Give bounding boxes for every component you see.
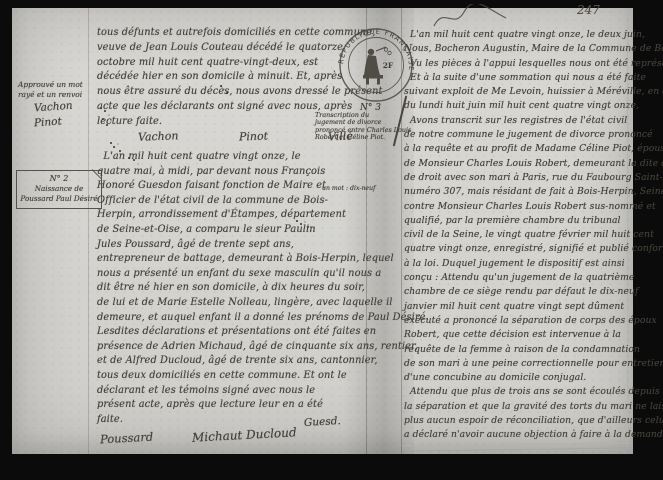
handwritten-line: Honoré Guesdon faisant fonction de Maire… <box>97 179 365 194</box>
handwritten-line: Vu les pièces à l'appui lesquelles nous … <box>404 57 634 71</box>
margin-note-line: Approuvé un mot <box>18 80 102 90</box>
handwritten-line: présent acte, après que lecture leur en … <box>97 398 365 413</box>
scanned-register-spread: Approuvé un motrayé et un renvoi VachonP… <box>0 0 663 480</box>
handwritten-line: du lundi huit juin mil huit cent quatre … <box>404 99 634 113</box>
signature: Poussard <box>100 430 154 447</box>
ink-blot <box>296 220 298 222</box>
act-title-line: Poussard Paul Désiré <box>19 194 99 204</box>
signature: Pinot <box>239 129 268 143</box>
handwritten-line: déclarant et les témoins signé avec nous… <box>97 384 365 399</box>
handwritten-line: conçu : Attendu qu'un jugement de la qua… <box>404 271 634 285</box>
handwritten-line: demeure, et auquel enfant il a donné les… <box>97 311 365 326</box>
stamp-denomination: 2F <box>383 61 394 70</box>
handwritten-line: de lui et de Marie Estelle Nolleau, ling… <box>97 296 365 311</box>
handwritten-line: Officier de l'état civil de la commune d… <box>97 194 365 209</box>
signature: Vachon <box>138 129 179 143</box>
handwritten-line: requête de la femme à raison de la conda… <box>404 343 634 357</box>
handwritten-line: de Seine-et-Oise, a comparu le sieur Pau… <box>97 223 365 238</box>
handwritten-line: L'an mil huit cent quatre vingt onze, le <box>97 150 365 165</box>
page-number: 247 <box>577 3 600 17</box>
handwritten-line: à la loi. Duquel jugement le dispositif … <box>404 257 634 271</box>
handwritten-line: suivant exploit de Me Levoin, huissier à… <box>404 85 634 99</box>
handwritten-line: et de Alfred Ducloud, âgé de trente six … <box>97 354 365 369</box>
handwritten-line: numéro 307, mais résidant de fait à Bois… <box>404 185 634 199</box>
handwritten-line: Et à la suite d'une sommation qui nous a… <box>404 71 634 85</box>
ink-blot <box>100 107 102 109</box>
handwritten-line: octobre mil huit cent quatre-vingt-deux,… <box>97 56 365 71</box>
handwritten-line: Herpin, arrondissement d'Étampes, départ… <box>97 208 365 223</box>
handwritten-line: entrepreneur de battage, demeurant à Boi… <box>97 252 365 267</box>
margin-note-approval: Approuvé un motrayé et un renvoi VachonP… <box>18 80 102 129</box>
handwritten-line: Robert, que cette décision est intervenu… <box>404 328 634 342</box>
divorce-transcription-text: L'an mil huit cent quatre vingt onze, le… <box>404 28 634 443</box>
handwritten-line: quatre mai, à midi, par devant nous Fran… <box>97 165 365 180</box>
handwritten-line: Attendu que plus de trois ans se sont éc… <box>404 385 634 399</box>
margin-note-line: Robert et Céline Piot. <box>315 134 403 141</box>
handwritten-line: civil de la Seine, le vingt quatre févri… <box>404 228 634 242</box>
handwritten-line: tous deux domiciliés en cette commune. E… <box>97 369 365 384</box>
handwritten-line: Lesdites déclarations et présentations o… <box>97 325 365 340</box>
handwritten-line: contre Monsieur Charles Louis Robert sus… <box>404 200 634 214</box>
act-number: N° 2 <box>19 174 99 184</box>
ink-blot <box>110 142 112 144</box>
handwritten-line: la séparation et que la gravité des tort… <box>404 400 634 414</box>
handwritten-line: L'an mil huit cent quatre vingt onze, le… <box>404 28 634 42</box>
handwritten-line: présence de Adrien Michaud, âgé de cinqu… <box>97 340 365 355</box>
handwritten-line: de son mari à une peine correctionnelle … <box>404 357 634 371</box>
handwritten-line: plus aucun espoir de réconciliation, que… <box>404 414 634 428</box>
handwritten-line: nous a présenté un enfant du sexe mascul… <box>97 267 365 282</box>
signature: Pinot <box>34 112 103 132</box>
handwritten-line: qualifié, par la première chambre du tri… <box>404 214 634 228</box>
handwritten-line: chambre de ce siège rendu par défaut le … <box>404 285 634 299</box>
handwritten-line: janvier mil huit cent quatre vingt sept … <box>404 300 634 314</box>
handwritten-line: Nous, Bocheron Augustin, Maire de la Com… <box>404 42 634 56</box>
handwritten-line: veuve de Jean Louis Couteau décédé le qu… <box>97 41 365 56</box>
signature: Guesd. <box>304 415 341 429</box>
ink-blot <box>220 85 222 87</box>
handwritten-line: décédée hier en son domicile à minuit. E… <box>97 70 365 85</box>
divorce-margin-note: Transcription dujugement de divorceprono… <box>315 112 403 142</box>
handwritten-line: de Monsieur Charles Louis Robert, demeur… <box>404 157 634 171</box>
handwritten-line: Avons transcrit sur les registres de l'é… <box>404 114 634 128</box>
act-title-line: Naissance de <box>19 184 99 194</box>
handwritten-line: a déclaré n'avoir aucune objection à fai… <box>404 428 634 442</box>
handwritten-line: quatre vingt onze, enregistré, signifié … <box>404 242 634 256</box>
handwritten-line: dit être né hier en son domicile, à dix … <box>97 281 365 296</box>
handwritten-line: de notre commune le jugement de divorce … <box>404 128 634 142</box>
handwritten-line: de droit avec son mari à Paris, rue du F… <box>404 171 634 185</box>
ink-blot <box>128 157 130 159</box>
birth-act-text: L'an mil huit cent quatre vingt onze, le… <box>97 150 365 427</box>
margin-rule <box>88 8 89 454</box>
act-number-box: N° 2 Naissance dePoussard Paul Désiré <box>16 170 102 209</box>
handwritten-line: exécuté a prononcé la séparation de corp… <box>404 314 634 328</box>
handwritten-line: d'une concubine au domicile conjugal. <box>404 371 634 385</box>
handwritten-line: à la requête et au profit de Madame Céli… <box>404 142 634 156</box>
handwritten-line: tous défunts et autrefois domiciliés en … <box>97 26 365 41</box>
handwritten-line: Jules Poussard, âgé de trente sept ans, <box>97 238 365 253</box>
handwritten-line: nous être assuré du décès, nous avons dr… <box>97 85 365 100</box>
